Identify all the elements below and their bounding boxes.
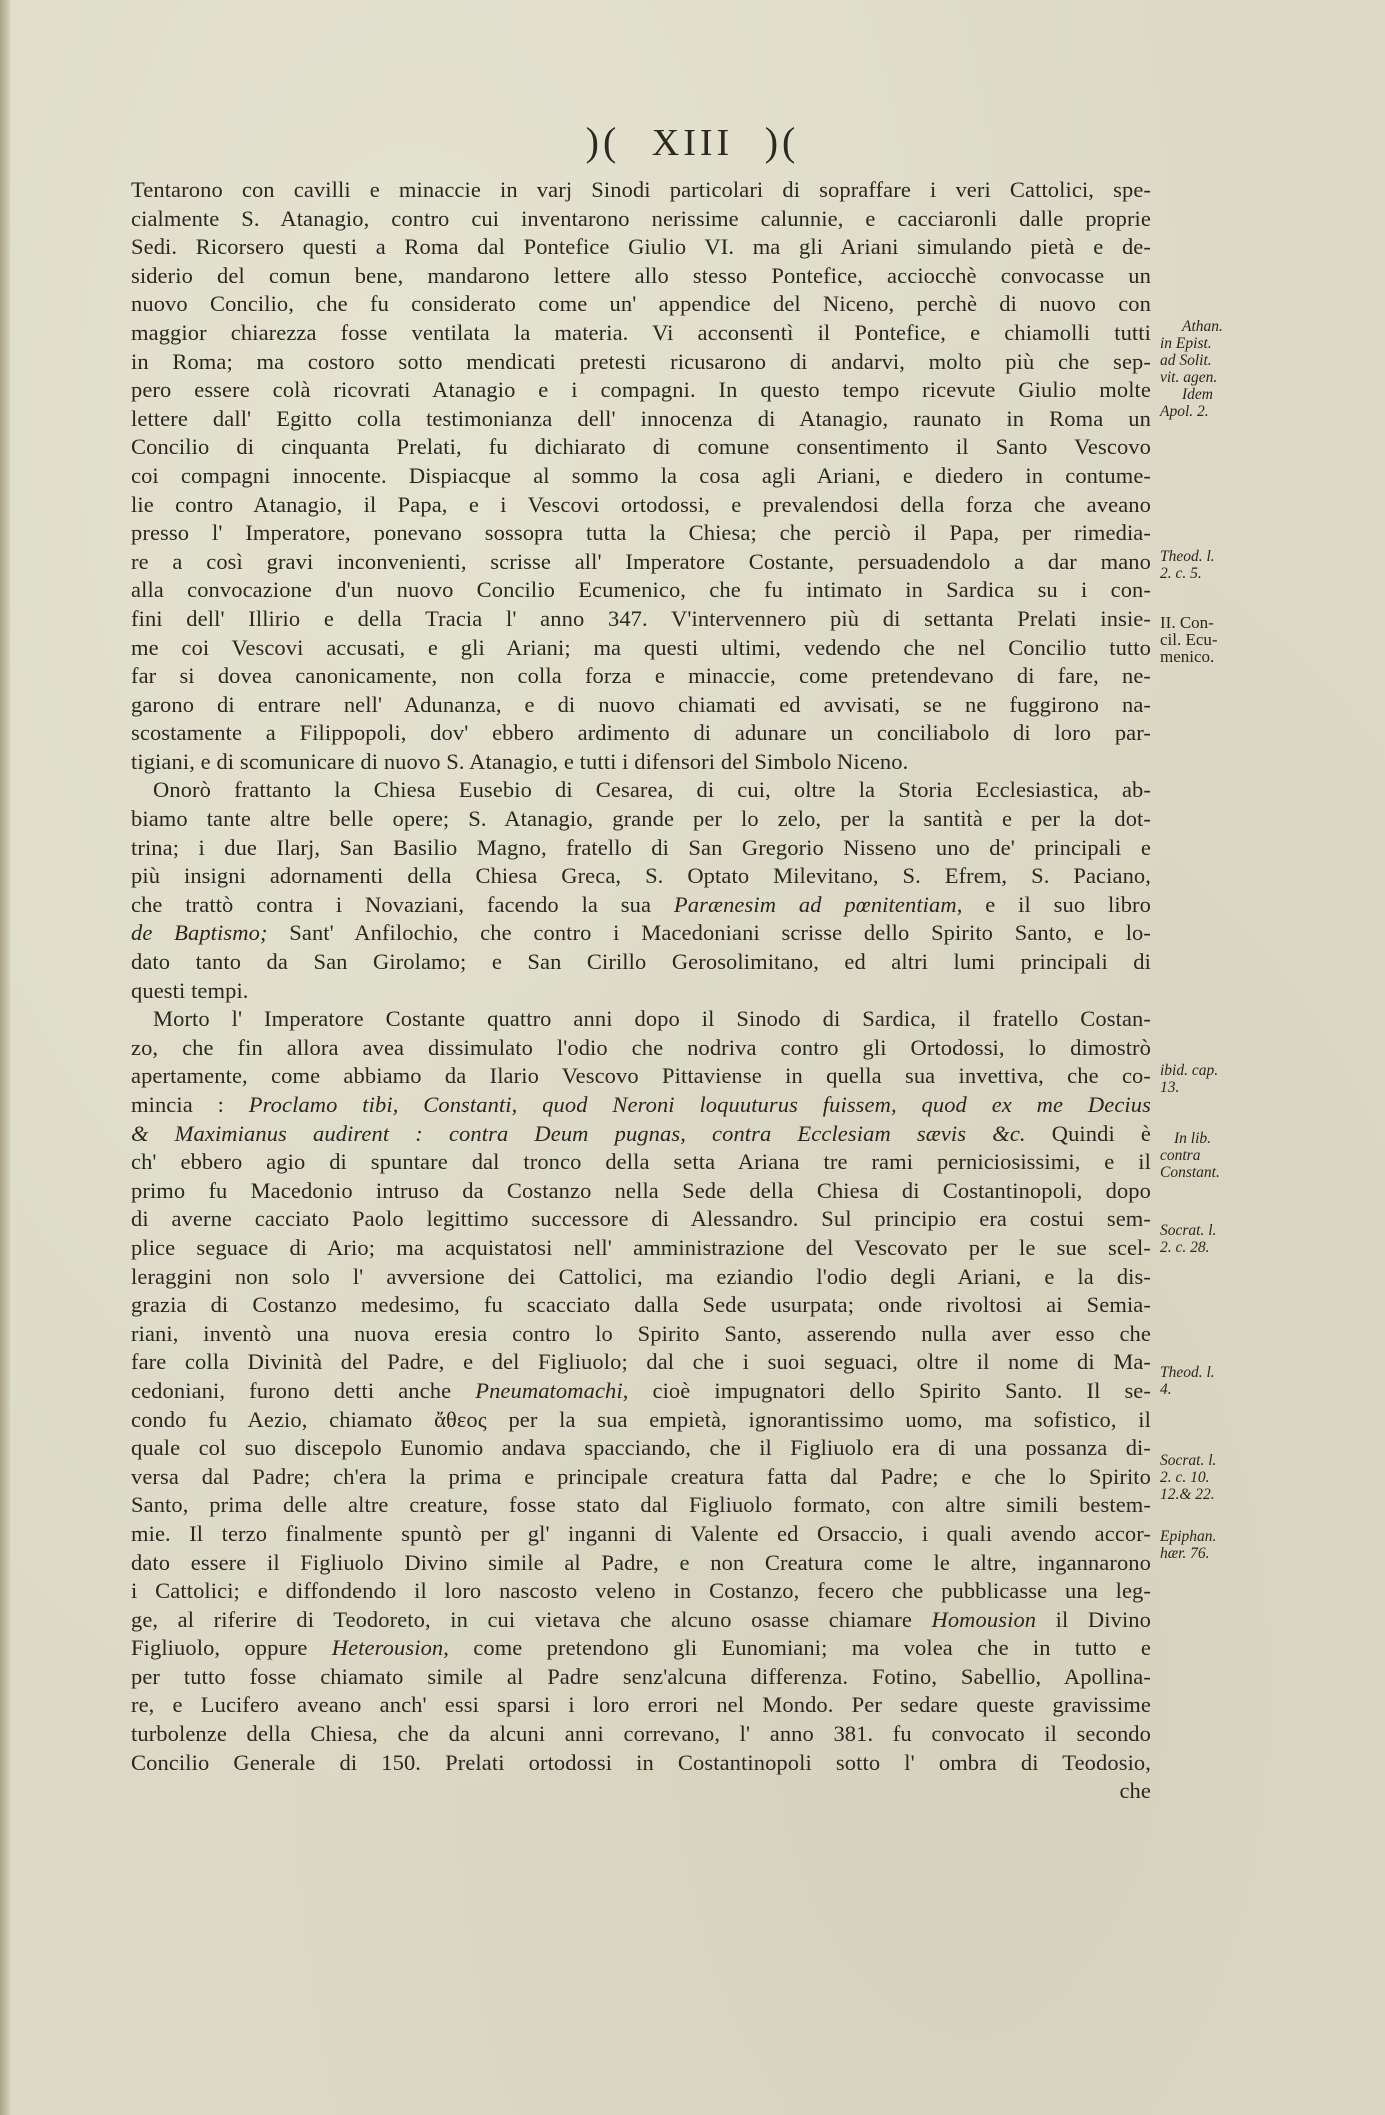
text-line: coi compagni innocente. Dispiacque al so… [131,462,1151,491]
text-line: riani, inventò una nuova eresia contro l… [131,1320,1151,1349]
text-line: de Baptismo; Sant' Anfilochio, che contr… [131,919,1151,948]
text-line: lie contro Atanagio, il Papa, e i Vescov… [131,491,1151,520]
text-line: leraggini non solo l' avversione dei Cat… [131,1263,1151,1292]
text-line: Tentarono con cavilli e minaccie in varj… [131,176,1151,205]
text-line: tigiani, e di scomunicare di nuovo S. At… [131,748,1151,777]
latin-quote: Proclamo tibi, Constanti, quod Neroni lo… [249,1092,1151,1117]
text-line: & Maximianus audirent : contra Deum pugn… [131,1120,1151,1149]
text-line: fare colla Divinità del Padre, e del Fig… [131,1348,1151,1377]
text-line: nuovo Concilio, che fu considerato come … [131,290,1151,319]
text-line: Morto l' Imperatore Costante quattro ann… [131,1005,1151,1034]
text-line: apertamente, come abbiamo da Ilario Vesc… [131,1062,1151,1091]
text-line: trina; i due Ilarj, San Basilio Magno, f… [131,834,1151,863]
text-line: condo fu Aezio, chiamato ἄθεος per la su… [131,1406,1151,1435]
text-line: scostamente a Filippopoli, dov' ebbero a… [131,719,1151,748]
ornament-right: )( [747,119,818,164]
text-line: per tutto fosse chiamato simile al Padre… [131,1663,1151,1692]
text-line: Sedi. Ricorsero questi a Roma dal Pontef… [131,233,1151,262]
latin-quote: & Maximianus audirent : contra Deum pugn… [131,1121,1026,1146]
text-line: quale col suo discepolo Eunomio andava s… [131,1434,1151,1463]
text-line: mie. Il terzo finalmente spuntò per gl' … [131,1520,1151,1549]
page-edge-shadow [0,0,10,2115]
text-line: Onorò frattanto la Chiesa Eusebio di Ces… [131,776,1151,805]
text-line: alla convocazione d'un nuovo Concilio Ec… [131,576,1151,605]
text-line: turbolenze della Chiesa, che da alcuni a… [131,1720,1151,1749]
margin-note-athan: Athan. in Epist. ad Solit. vit. agen. Id… [1160,318,1250,420]
text-line: ge, al riferire di Teodoreto, in cui vie… [131,1606,1151,1635]
text-line: pero essere colà ricovrati Atanagio e i … [131,376,1151,405]
margin-note-epiphan: Epiphan. hær. 76. [1160,1528,1250,1562]
text-line: siderio del comun bene, mandarono letter… [131,262,1151,291]
italic-term: Pneumatomachi [475,1378,623,1403]
text-line: Santo, prima delle altre creature, fosse… [131,1491,1151,1520]
text-line: che trattò contra i Novaziani, facendo l… [131,891,1151,920]
text-line: dato tanto da San Girolamo; e San Cirill… [131,948,1151,977]
text-line: cedoniani, furono detti anche Pneumatoma… [131,1377,1151,1406]
text-line: in Roma; ma costoro sotto mendicati pret… [131,348,1151,377]
text-line: Figliuolo, oppure Heterousion, come pret… [131,1634,1151,1663]
page-number-header: )( XIII )( [0,118,1385,165]
margin-note-theod-1: Theod. l. 2. c. 5. [1160,548,1250,582]
italic-title: de Baptismo; [131,920,268,945]
text-line: Concilio di cinquanta Prelati, fu dichia… [131,433,1151,462]
text-line: più insigni adornamenti della Chiesa Gre… [131,862,1151,891]
text-line: Concilio Generale di 150. Prelati ortodo… [131,1749,1151,1778]
text-line: garono di entrare nell' Adunanza, e di n… [131,691,1151,720]
text-line: re, e Lucifero aveano anch' essi sparsi … [131,1691,1151,1720]
italic-term: Homousion [931,1607,1036,1632]
margin-note-ibid: ibid. cap. 13. [1160,1062,1250,1096]
page-number: XIII [652,122,733,164]
text-line: lettere dall' Egitto colla testimonianza… [131,405,1151,434]
text-line: di averne cacciato Paolo legittimo succe… [131,1205,1151,1234]
text-line: primo fu Macedonio intruso da Costanzo n… [131,1177,1151,1206]
ornament-left: )( [568,119,639,164]
margin-note-socrat-1: Socrat. l. 2. c. 28. [1160,1222,1250,1256]
text-line: presso l' Imperatore, ponevano sossopra … [131,519,1151,548]
text-line: mincia : Proclamo tibi, Constanti, quod … [131,1091,1151,1120]
margin-note-in-lib: In lib. contra Constant. [1160,1130,1250,1181]
text-line: maggior chiarezza fosse ventilata la mat… [131,319,1151,348]
text-line: grazia di Costanzo medesimo, fu scacciat… [131,1291,1151,1320]
text-line: me coi Vescovi accusati, e gli Ariani; m… [131,634,1151,663]
text-line: zo, che fin allora avea dissimulato l'od… [131,1034,1151,1063]
body-text: Tentarono con cavilli e minaccie in varj… [131,176,1151,1806]
text-line: questi tempi. [131,977,1151,1006]
margin-note-socrat-2: Socrat. l. 2. c. 10. 12.& 22. [1160,1452,1250,1503]
text-line: plice seguace di Ario; ma acquistatosi n… [131,1234,1151,1263]
text-line: versa dal Padre; ch'era la prima e princ… [131,1463,1151,1492]
text-line: ch' ebbero agio di spuntare dal tronco d… [131,1148,1151,1177]
text-line: re a così gravi inconvenienti, scrisse a… [131,548,1151,577]
text-line: far si dovea canonicamente, non colla fo… [131,662,1151,691]
margin-note-concilio: II. Con- cil. Ecu- menico. [1160,614,1250,665]
italic-title: Parænesim ad pœnitentiam [674,892,957,917]
text-line: cialmente S. Atanagio, contro cui invent… [131,205,1151,234]
catchword: che [131,1777,1151,1806]
text-line: fini dell' Illirio e della Tracia l' ann… [131,605,1151,634]
text-line: dato essere il Figliuolo Divino simile a… [131,1549,1151,1578]
text-line: biamo tante altre belle opere; S. Atanag… [131,805,1151,834]
margin-note-theod-2: Theod. l. 4. [1160,1364,1250,1398]
text-line: i Cattolici; e diffondendo il loro nasco… [131,1577,1151,1606]
greek-word: ἄθεος [434,1407,487,1432]
italic-term: Heterousion [332,1635,444,1660]
